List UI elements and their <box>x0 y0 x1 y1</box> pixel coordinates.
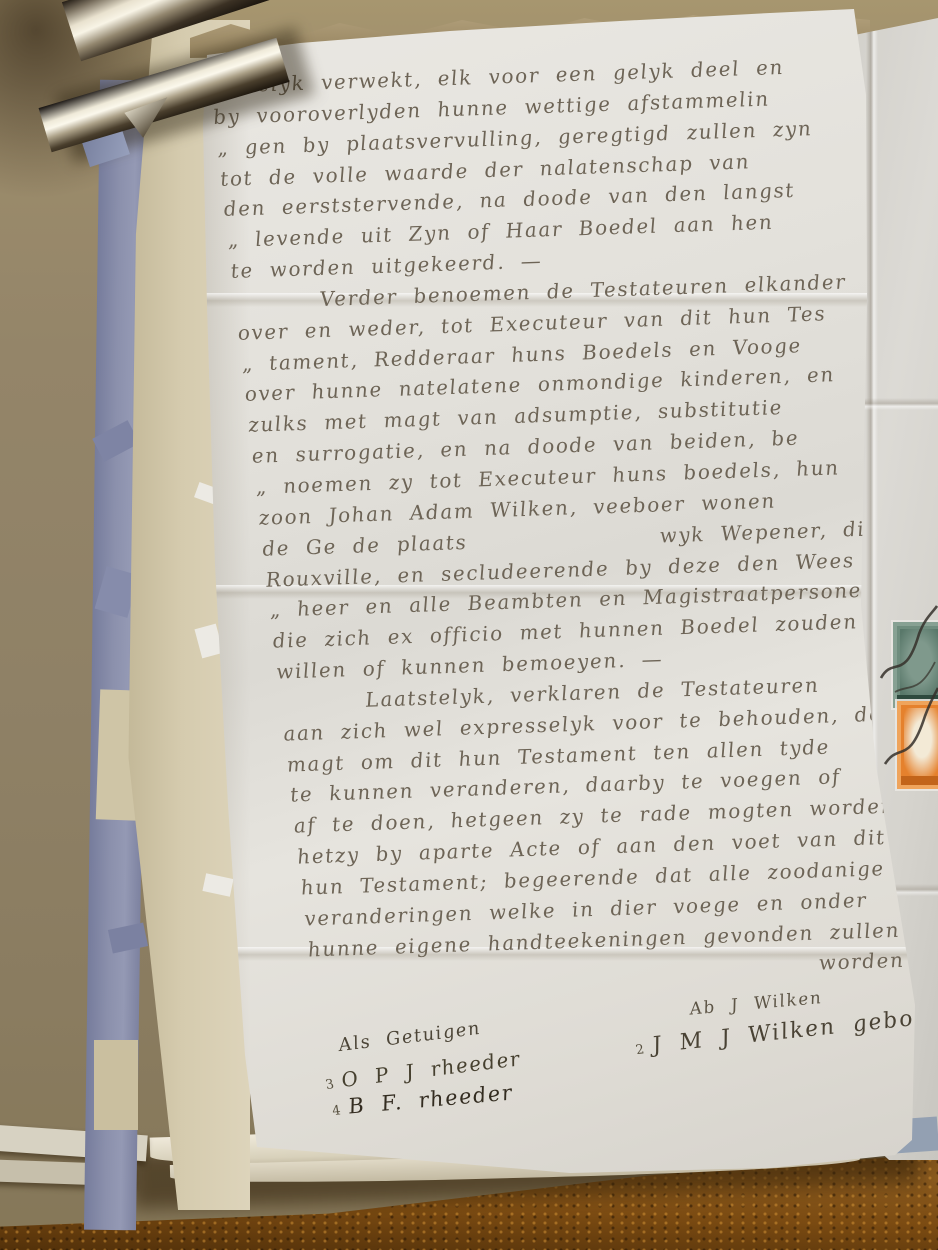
signature-number: 2 <box>635 1042 648 1058</box>
handwritten-text-block: huwelyk verwekt, elk voor een gelyk deel… <box>208 48 938 996</box>
worn-spine-gap <box>94 1040 138 1130</box>
signature-number: 3 <box>324 1077 337 1093</box>
stamp-cancellation-ink <box>875 596 938 796</box>
manuscript-page: huwelyk verwekt, elk voor een gelyk deel… <box>150 5 938 1220</box>
photo-of-handwritten-testament: huwelyk verwekt, elk voor een gelyk deel… <box>0 0 938 1250</box>
signature-number: 4 <box>331 1103 343 1119</box>
